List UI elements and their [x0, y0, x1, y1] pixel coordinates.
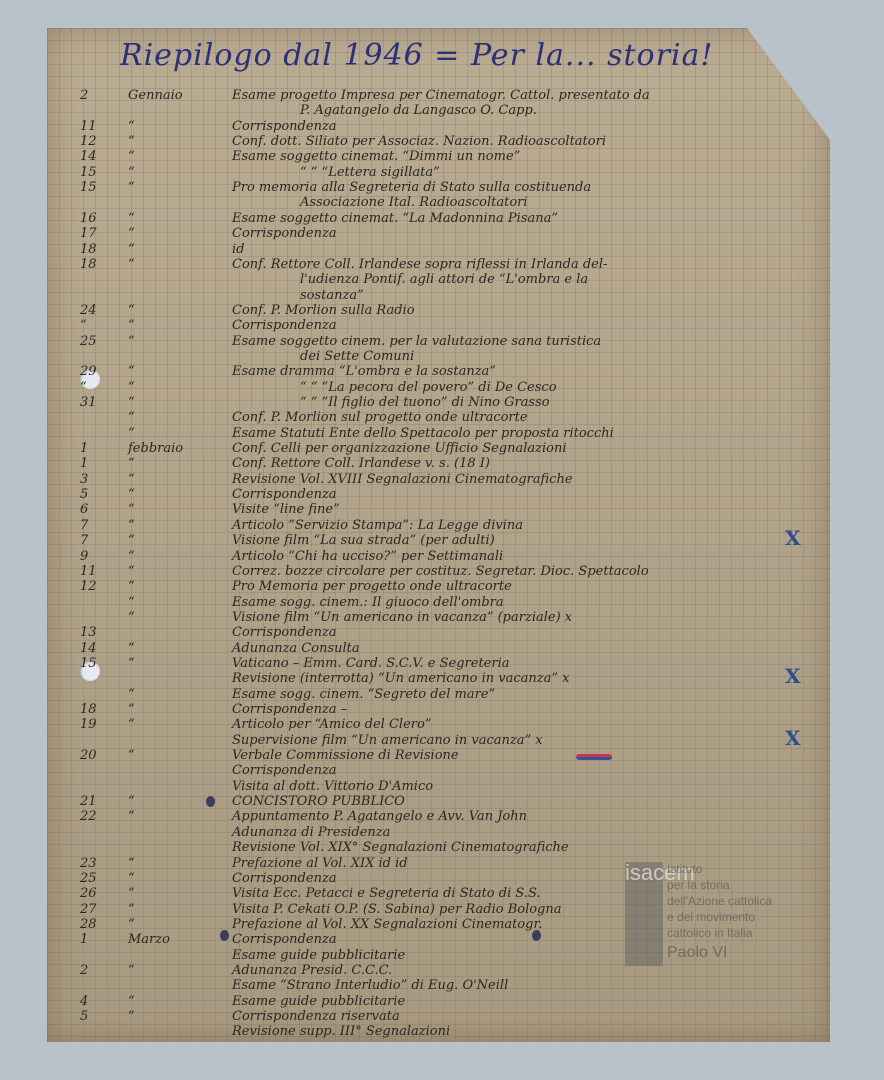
- entry-row: 3“Revisione Vol. XVIII Segnalazioni Cine…: [0, 472, 884, 488]
- entry-text: Verbale Commissione di Revisione: [232, 748, 459, 764]
- entry-text: Esame soggetto cinemat. “La Madonnina Pi…: [232, 211, 558, 227]
- entry-row: l'udienza Pontif. agli attori de “L'ombr…: [0, 272, 884, 288]
- entry-month: “: [128, 1009, 135, 1025]
- entry-row: 1febbraioConf. Celli per organizzazione …: [0, 441, 884, 457]
- entry-text: Supervisione film “Un americano in vacan…: [232, 733, 543, 749]
- entry-row: 11“Correz. bozze circolare per costituz.…: [0, 564, 884, 580]
- entry-month: “: [128, 518, 135, 534]
- entry-text: Conf. Celli per organizzazione Ufficio S…: [232, 441, 567, 457]
- entry-row: 15“Pro memoria alla Segreteria di Stato …: [0, 180, 884, 196]
- entry-row: “““ “ “La pecora del povero” di De Cesco: [0, 380, 884, 396]
- entry-row: 20“Verbale Commissione di Revisione: [0, 748, 884, 764]
- entry-row: 5“Corrispondenza: [0, 487, 884, 503]
- entry-row: 13Corrispondenza: [0, 625, 884, 641]
- entry-text: Corrispondenza riservata: [232, 1009, 400, 1025]
- watermark-line: Istituto: [667, 862, 702, 876]
- entry-month: “: [128, 334, 135, 350]
- entry-row: 11“Corrispondenza: [0, 119, 884, 135]
- entry-row: 25“Esame soggetto cinem. per la valutazi…: [0, 334, 884, 350]
- entry-text: Esame guide pubblicitarie: [232, 994, 405, 1010]
- entry-text: Associazione Ital. Radioascoltatori: [300, 195, 528, 211]
- entry-row: 18“Conf. Rettore Coll. Irlandese sopra r…: [0, 257, 884, 273]
- entry-month: Gennaio: [128, 88, 183, 104]
- watermark-line: dell'Azione cattolica: [667, 894, 772, 908]
- entry-month: “: [128, 257, 135, 273]
- entry-row: 15“Vaticano – Emm. Card. S.C.V. e Segret…: [0, 656, 884, 672]
- entry-text: Pro memoria alla Segreteria di Stato sul…: [232, 180, 591, 196]
- entry-text: Conf. Rettore Coll. Irlandese v. s. (18 …: [232, 456, 490, 472]
- entry-row: 18“Corrispondenza –: [0, 702, 884, 718]
- entry-day: 25: [80, 334, 97, 350]
- entry-month: “: [128, 963, 135, 979]
- entry-day: 9: [80, 549, 88, 565]
- entry-text: Articolo “Chi ha ucciso?” per Settimanal…: [232, 549, 503, 565]
- entry-row: 22“Appuntamento P. Agatangelo e Avv. Van…: [0, 809, 884, 825]
- entry-day: 31: [80, 395, 97, 411]
- entry-text: Prefazione al Vol. XIX id id: [232, 856, 408, 872]
- entry-text: Correz. bozze circolare per costituz. Se…: [232, 564, 649, 580]
- entry-day: 2: [80, 963, 88, 979]
- entry-row: 24“Conf. P. Morlion sulla Radio: [0, 303, 884, 319]
- entry-row: 19“Articolo per “Amico del Clero”: [0, 717, 884, 733]
- entry-day: 15: [80, 180, 97, 196]
- entry-day: 18: [80, 242, 97, 258]
- entry-day: 26: [80, 886, 97, 902]
- entry-row: Visita al dott. Vittorio D'Amico: [0, 779, 884, 795]
- entry-text: “ “ “Lettera sigillata”: [300, 165, 440, 181]
- entry-row: Revisione Vol. XIX° Segnalazioni Cinemat…: [0, 840, 884, 856]
- entry-month: “: [128, 211, 135, 227]
- entry-day: 15: [80, 165, 97, 181]
- entry-row: P. Agatangelo da Langasco O. Capp.: [0, 103, 884, 119]
- entry-row: ““Corrispondenza: [0, 318, 884, 334]
- entry-month: “: [128, 595, 135, 611]
- entry-row: Supervisione film “Un americano in vacan…: [0, 733, 884, 749]
- entry-text: Conf. Rettore Coll. Irlandese sopra rifl…: [232, 257, 607, 273]
- entry-row: 21“CONCISTORO PUBBLICO: [0, 794, 884, 810]
- entry-day: 28: [80, 917, 97, 933]
- watermark-line: per la storia: [667, 878, 730, 892]
- entry-day: 11: [80, 119, 97, 135]
- entry-text: Appuntamento P. Agatangelo e Avv. Van Jo…: [232, 809, 527, 825]
- entry-text: Adunanza di Presidenza: [232, 825, 390, 841]
- entry-month: “: [128, 149, 135, 165]
- entry-text: Revisione Vol. XIX° Segnalazioni Cinemat…: [232, 840, 569, 856]
- entry-row: 14“Esame soggetto cinemat. “Dimmi un nom…: [0, 149, 884, 165]
- entry-row: Esame “Strano Interludio” di Eug. O'Neil…: [0, 978, 884, 994]
- entry-month: “: [128, 641, 135, 657]
- entry-text: “ “ “La pecora del povero” di De Cesco: [300, 380, 557, 396]
- entry-text: Articolo per “Amico del Clero”: [232, 717, 431, 733]
- entry-text: “ “ “Il figlio del tuono” di Nino Grasso: [300, 395, 550, 411]
- entry-day: 16: [80, 211, 97, 227]
- entry-month: “: [128, 242, 135, 258]
- entry-day: 7: [80, 518, 88, 534]
- entry-day: 2: [80, 88, 88, 104]
- entry-row: sostanza”: [0, 288, 884, 304]
- entry-row: Revisione (interrotta) “Un americano in …: [0, 671, 884, 687]
- entry-row: Corrispondenza: [0, 763, 884, 779]
- entry-text: Revisione Vol. XVIII Segnalazioni Cinema…: [232, 472, 573, 488]
- entry-text: Visita P. Cekati O.P. (S. Sabina) per Ra…: [232, 902, 562, 918]
- entry-month: “: [128, 994, 135, 1010]
- entry-text: Vaticano – Emm. Card. S.C.V. e Segreteri…: [232, 656, 510, 672]
- entry-row: “Conf. P. Morlion sul progetto onde ultr…: [0, 410, 884, 426]
- entry-month: “: [128, 917, 135, 933]
- entry-row: 12“Pro Memoria per progetto onde ultraco…: [0, 579, 884, 595]
- entry-month: “: [128, 549, 135, 565]
- entry-month: “: [128, 395, 135, 411]
- entry-month: “: [128, 717, 135, 733]
- entry-text: Esame sogg. cinem.: Il giuoco dell'ombra: [232, 595, 504, 611]
- entry-month: “: [128, 134, 135, 150]
- entry-row: “Visione film “Un americano in vacanza” …: [0, 610, 884, 626]
- entry-row: 7“Articolo “Servizio Stampa”: La Legge d…: [0, 518, 884, 534]
- entry-row: “Esame Statuti Ente dello Spettacolo per…: [0, 426, 884, 442]
- entry-row: 14“Adunanza Consulta: [0, 641, 884, 657]
- entry-month: “: [128, 702, 135, 718]
- entry-text: Corrispondenza: [232, 871, 337, 887]
- entry-day: 1: [80, 456, 88, 472]
- entry-day: 19: [80, 717, 97, 733]
- entry-day: “: [80, 318, 87, 334]
- blue-cross-mark-icon: X: [785, 730, 801, 746]
- entry-month: “: [128, 502, 135, 518]
- entry-day: “: [80, 380, 87, 396]
- entry-row: dei Sette Comuni: [0, 349, 884, 365]
- ink-dot: [220, 930, 229, 941]
- entry-day: 18: [80, 702, 97, 718]
- entry-month: “: [128, 902, 135, 918]
- entry-row: 2GennaioEsame progetto Impresa per Cinem…: [0, 88, 884, 104]
- entry-day: 29: [80, 364, 97, 380]
- entry-month: “: [128, 794, 135, 810]
- entry-month: “: [128, 410, 135, 426]
- entry-row: 7“Visione film “La sua strada” (per adul…: [0, 533, 884, 549]
- entry-day: 20: [80, 748, 97, 764]
- entry-month: “: [128, 687, 135, 703]
- entry-text: Adunanza Consulta: [232, 641, 360, 657]
- entry-month: “: [128, 303, 135, 319]
- entry-text: P. Agatangelo da Langasco O. Capp.: [300, 103, 537, 119]
- entry-month: febbraio: [128, 441, 183, 457]
- entry-text: Pro Memoria per progetto onde ultracorte: [232, 579, 512, 595]
- entry-day: 24: [80, 303, 97, 319]
- entry-month: “: [128, 426, 135, 442]
- entry-text: Conf. P. Morlion sul progetto onde ultra…: [232, 410, 528, 426]
- entry-row: 9“Articolo “Chi ha ucciso?” per Settiman…: [0, 549, 884, 565]
- entry-month: “: [128, 579, 135, 595]
- entry-text: CONCISTORO PUBBLICO: [232, 794, 405, 810]
- entry-text: Esame soggetto cinemat. “Dimmi un nome”: [232, 149, 520, 165]
- entry-text: Esame sogg. cinem. “Segreto del mare”: [232, 687, 495, 703]
- entry-text: l'udienza Pontif. agli attori de “L'ombr…: [300, 272, 588, 288]
- entry-row: 4“Esame guide pubblicitarie: [0, 994, 884, 1010]
- entry-text: Conf. P. Morlion sulla Radio: [232, 303, 415, 319]
- entry-day: 12: [80, 134, 97, 150]
- entry-row: 16“Esame soggetto cinemat. “La Madonnina…: [0, 211, 884, 227]
- entry-row: Revisione supp. III° Segnalazioni: [0, 1024, 884, 1040]
- ink-dot: [532, 930, 541, 941]
- entry-text: Prefazione al Vol. XX Segnalazioni Cinem…: [232, 917, 542, 933]
- entry-day: 21: [80, 794, 97, 810]
- entry-month: “: [128, 748, 135, 764]
- watermark-line: e del movimento: [667, 910, 755, 924]
- entry-text: Revisione supp. III° Segnalazioni: [232, 1024, 450, 1040]
- entry-row: 1“Conf. Rettore Coll. Irlandese v. s. (1…: [0, 456, 884, 472]
- entry-month: “: [128, 656, 135, 672]
- isacem-logo: isacem: [625, 862, 663, 966]
- entry-day: 18: [80, 257, 97, 273]
- entry-month: “: [128, 364, 135, 380]
- entry-month: “: [128, 487, 135, 503]
- entry-day: 4: [80, 994, 88, 1010]
- entry-text: Esame guide pubblicitarie: [232, 948, 405, 964]
- entry-day: 23: [80, 856, 97, 872]
- entry-month: “: [128, 180, 135, 196]
- entry-text: Articolo “Servizio Stampa”: La Legge div…: [232, 518, 523, 534]
- archive-watermark: isacem Istituto per la storia dell'Azion…: [625, 862, 785, 972]
- watermark-line: cattolico in Italia: [667, 926, 752, 940]
- red-blue-pencil-mark: [576, 754, 612, 760]
- entry-text: Corrispondenza: [232, 487, 337, 503]
- entry-month: “: [128, 564, 135, 580]
- entry-day: 1: [80, 932, 88, 948]
- entry-day: 25: [80, 871, 97, 887]
- entry-row: 12“Conf. dott. Siliato per Associaz. Naz…: [0, 134, 884, 150]
- entry-text: Esame dramma “L'ombra e la sostanza”: [232, 364, 496, 380]
- entry-day: 6: [80, 502, 88, 518]
- entry-row: 18“id: [0, 242, 884, 258]
- watermark-line: Paolo VI: [667, 944, 727, 962]
- entry-month: “: [128, 809, 135, 825]
- entry-text: Visita al dott. Vittorio D'Amico: [232, 779, 433, 795]
- entry-day: 22: [80, 809, 97, 825]
- entry-text: Conf. dott. Siliato per Associaz. Nazion…: [232, 134, 606, 150]
- entry-row: Associazione Ital. Radioascoltatori: [0, 195, 884, 211]
- entry-row: 6“Visite “line fine”: [0, 502, 884, 518]
- entry-day: 7: [80, 533, 88, 549]
- entry-text: Revisione (interrotta) “Un americano in …: [232, 671, 570, 687]
- entry-text: Corrispondenza: [232, 763, 337, 779]
- entry-day: 15: [80, 656, 97, 672]
- entry-month: “: [128, 456, 135, 472]
- entry-row: 17“Corrispondenza: [0, 226, 884, 242]
- entry-day: 12: [80, 579, 97, 595]
- entry-row: 5“Corrispondenza riservata: [0, 1009, 884, 1025]
- entry-month: “: [128, 226, 135, 242]
- entry-day: 14: [80, 641, 97, 657]
- blue-cross-mark-icon: X: [785, 668, 801, 684]
- entry-text: Esame soggetto cinem. per la valutazione…: [232, 334, 601, 350]
- entry-month: “: [128, 318, 135, 334]
- entry-day: 1: [80, 441, 88, 457]
- entry-month: Marzo: [128, 932, 170, 948]
- entry-day: 5: [80, 1009, 88, 1025]
- entry-row: 29“Esame dramma “L'ombra e la sostanza”: [0, 364, 884, 380]
- entry-day: 14: [80, 149, 97, 165]
- entry-month: “: [128, 165, 135, 181]
- entry-text: Esame Statuti Ente dello Spettacolo per …: [232, 426, 614, 442]
- entry-text: Corrispondenza: [232, 119, 337, 135]
- entry-row: Adunanza di Presidenza: [0, 825, 884, 841]
- entry-row: 15““ “ “Lettera sigillata”: [0, 165, 884, 181]
- entry-text: Adunanza Presid. C.C.C.: [232, 963, 392, 979]
- entry-text: Corrispondenza: [232, 318, 337, 334]
- entry-text: Esame progetto Impresa per Cinematogr. C…: [232, 88, 650, 104]
- entry-month: “: [128, 472, 135, 488]
- entry-month: “: [128, 119, 135, 135]
- entry-text: Visite “line fine”: [232, 502, 340, 518]
- blue-cross-mark-icon: X: [785, 530, 801, 546]
- entry-day: 27: [80, 902, 97, 918]
- entry-day: 5: [80, 487, 88, 503]
- entry-month: “: [128, 871, 135, 887]
- entry-text: Visita Ecc. Petacci e Segreteria di Stat…: [232, 886, 541, 902]
- entry-text: Esame “Strano Interludio” di Eug. O'Neil…: [232, 978, 508, 994]
- document-title: Riepilogo dal 1946 = Per la... storia!: [120, 38, 713, 73]
- entry-day: 11: [80, 564, 97, 580]
- entry-row: 31““ “ “Il figlio del tuono” di Nino Gra…: [0, 395, 884, 411]
- entry-text: Corrispondenza: [232, 226, 337, 242]
- entry-month: “: [128, 533, 135, 549]
- entry-text: id: [232, 242, 244, 258]
- entry-month: “: [128, 856, 135, 872]
- entry-day: 17: [80, 226, 97, 242]
- entry-day: 13: [80, 625, 97, 641]
- entry-text: sostanza”: [300, 288, 364, 304]
- entry-row: “Esame sogg. cinem. “Segreto del mare”: [0, 687, 884, 703]
- entry-month: “: [128, 380, 135, 396]
- entry-text: Corrispondenza: [232, 932, 337, 948]
- entry-text: dei Sette Comuni: [300, 349, 414, 365]
- entry-text: Corrispondenza –: [232, 702, 347, 718]
- entry-day: 3: [80, 472, 88, 488]
- entry-text: Visione film “Un americano in vacanza” (…: [232, 610, 572, 626]
- entry-text: Visione film “La sua strada” (per adulti…: [232, 533, 495, 549]
- entry-text: Corrispondenza: [232, 625, 337, 641]
- entry-month: “: [128, 886, 135, 902]
- ink-dot: [206, 796, 215, 807]
- entry-row: “Esame sogg. cinem.: Il giuoco dell'ombr…: [0, 595, 884, 611]
- entry-month: “: [128, 610, 135, 626]
